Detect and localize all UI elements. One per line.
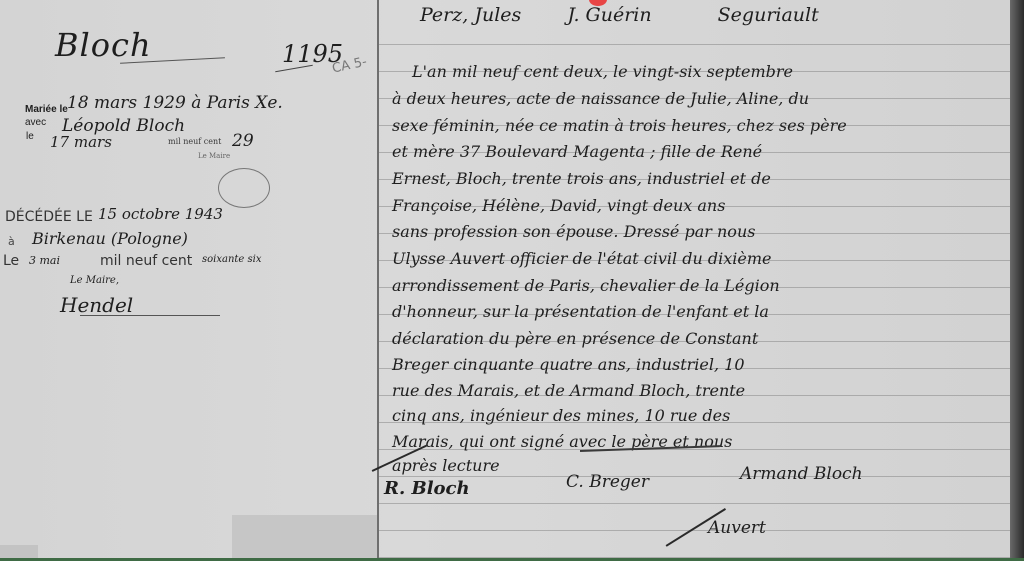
text-line-5: Ernest, Bloch, trente trois ans, industr… (392, 169, 771, 188)
mayor-signature: Hendel (60, 293, 133, 317)
surname-heading: Bloch (55, 26, 152, 64)
text-line-1: L'an mil neuf cent deux, le vingt-six se… (412, 62, 793, 81)
recorded-year-suffix: soixante six (202, 254, 261, 265)
le-label: le (26, 131, 34, 142)
father-signature: R. Bloch (384, 478, 470, 499)
annotation-year: 29 (232, 131, 254, 151)
text-line-12: Breger cinquante quatre ans, industriel,… (392, 355, 745, 374)
recorded-typed-year: mil neuf cent (100, 253, 192, 269)
margin-divider (377, 0, 379, 558)
top-signature-1: Perz, Jules (420, 4, 521, 26)
annotation-typed-year: mil neuf cent (168, 137, 221, 146)
text-line-9: arrondissement de Paris, chevalier de la… (392, 276, 780, 295)
witness2-signature: Armand Bloch (740, 464, 863, 484)
text-line-2: à deux heures, acte de naissance de Juli… (392, 89, 809, 108)
mayor-signature-flourish (218, 168, 270, 208)
text-line-3: sexe féminin, née ce matin à trois heure… (392, 116, 847, 135)
paper-shadow (232, 515, 377, 558)
text-line-13: rue des Marais, et de Armand Bloch, tren… (392, 381, 745, 400)
mayor-signature-underline (80, 315, 220, 316)
top-signature-3: Seguriault (718, 4, 819, 26)
death-place: Birkenau (Pologne) (32, 229, 188, 248)
top-signature-2: J. Guérin (567, 4, 651, 26)
witness1-signature: C. Breger (566, 472, 649, 492)
text-line-7: sans profession son épouse. Dressé par n… (392, 222, 755, 241)
death-date: 15 octobre 1943 (98, 205, 223, 223)
text-line-10: d'honneur, sur la présentation de l'enfa… (392, 302, 769, 321)
text-line-6: Françoise, Hélène, David, vingt deux ans (392, 196, 725, 215)
recorded-day: 3 mai (29, 254, 60, 267)
text-line-14: cinq ans, ingénieur des mines, 10 rue de… (392, 406, 730, 425)
at-label: à (8, 235, 15, 248)
top-signatures: Perz, Jules J. Guérin Seguriault (420, 4, 819, 26)
deceased-label: DÉCÉDÉE LE (5, 209, 93, 225)
text-line-16: après lecture (392, 456, 500, 475)
text-line-4: et mère 37 Boulevard Magenta ; fille de … (392, 142, 762, 161)
marriage-date-place: 18 mars 1929 à Paris Xe. (67, 93, 283, 113)
page-binding-edge (1010, 0, 1024, 558)
register-page: Bloch 1195 CA 5- Mariée le avec le 18 ma… (0, 0, 1010, 558)
paper-shadow-corner (0, 545, 38, 558)
with-label: avec (25, 117, 46, 128)
annotation-day: 17 mars (50, 133, 112, 151)
married-label: Mariée le (25, 104, 68, 115)
mayor-label: Le Maire (198, 152, 230, 160)
mayor-label: Le Maire, (70, 275, 119, 286)
text-line-8: Ulysse Auvert officier de l'état civil d… (392, 249, 771, 268)
text-line-15: Marais, qui ont signé avec le père et no… (392, 432, 732, 451)
text-line-11: déclaration du père en présence de Const… (392, 329, 758, 348)
recorded-le-label: Le (3, 253, 19, 269)
officer-signature: Auvert (708, 518, 766, 538)
